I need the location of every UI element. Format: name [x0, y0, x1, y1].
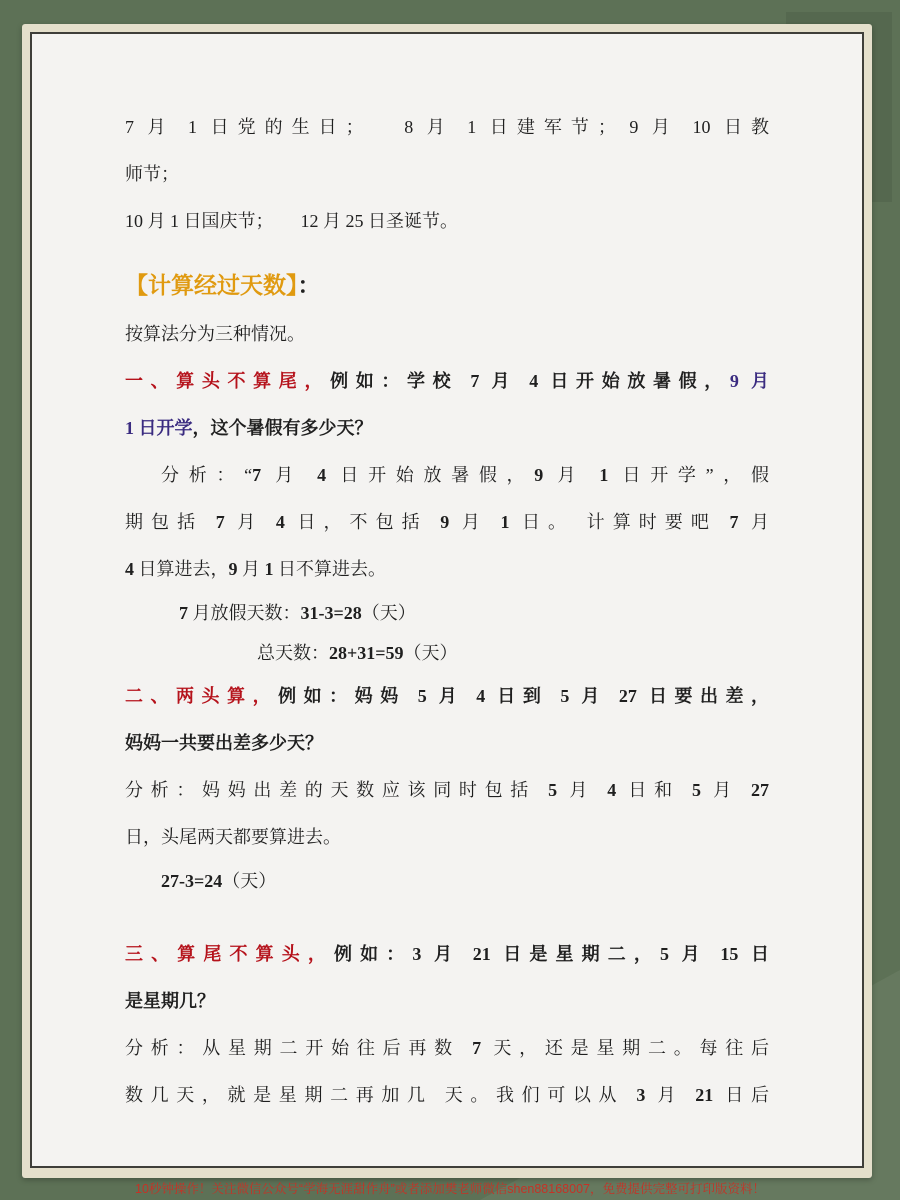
text-line: 师节； — [125, 151, 769, 198]
text-segment: 27 — [751, 780, 769, 800]
text-segment: 分析：妈妈出差的天数应该同时包括 — [125, 780, 548, 800]
text-segment: 天，还是星期二。每往后 — [481, 1038, 769, 1058]
text-line: 【计算经过天数】： — [125, 261, 769, 311]
text-line: 总天数：28+31=59（天） — [125, 633, 769, 673]
text-segment: 9 — [534, 465, 543, 485]
text-segment: 总天数： — [257, 643, 329, 663]
text-line: 三、算尾不算头，例如：3 月 21 日是星期二，5 月 15 日 — [125, 931, 769, 978]
text-segment: 9 — [229, 559, 238, 579]
text-segment: 31-3=28 — [301, 603, 362, 623]
text-segment: 例如：3 月 21 日是星期二，5 月 15 日 — [334, 944, 769, 964]
text-segment: 月放假天数： — [188, 603, 301, 623]
text-line: 分析：从星期二开始往后再数 7 天，还是星期二。每往后 — [125, 1025, 769, 1072]
text-segment: 1 — [265, 559, 274, 579]
text-segment: 5 — [548, 780, 557, 800]
text-segment: 日，不包括 — [285, 512, 440, 532]
text-segment: 月 — [238, 559, 265, 579]
text-segment: 9 — [440, 512, 449, 532]
text-segment: 1 — [599, 465, 608, 485]
text-segment: 师节； — [125, 164, 179, 184]
document-body: 7 月 1 日党的生日； 8 月 1 日建军节； 9 月 10 日教师节；10 … — [32, 34, 862, 1166]
text-segment: 月 — [543, 465, 599, 485]
text-segment: 3 — [636, 1085, 645, 1105]
text-segment: ： — [298, 273, 321, 298]
text-segment: 10 月 1 日国庆节； 12 月 25 日圣诞节。 — [125, 211, 458, 231]
green-background: { "banner": { "text": "10秒钟操作！关注微信公众号“学海… — [0, 0, 900, 1200]
text-segment: 7 — [252, 465, 261, 485]
text-segment: 分析：“ — [161, 465, 252, 485]
text-segment: 日。 计算时要吧 — [509, 512, 729, 532]
text-segment: 日算进去， — [134, 559, 229, 579]
text-line: 一、算头不算尾，例如：学校 7 月 4 日开始放暑假，9 月 — [125, 358, 769, 405]
text-segment: 期包括 — [125, 512, 216, 532]
text-segment: 【计算经过天数】 — [125, 273, 298, 298]
text-segment: 按算法分为三种情况。 — [125, 324, 305, 344]
text-line: 分析：“7 月 4 日开始放暑假，9 月 1 日开学”，假 — [125, 452, 769, 499]
text-line: 妈妈一共要出差多少天？ — [125, 720, 769, 767]
text-segment: 27-3=24 — [161, 871, 222, 891]
text-line: 1 日开学，这个暑假有多少天？ — [125, 405, 769, 452]
text-line: 4 日算进去，9 月 1 日不算进去。 — [125, 546, 769, 593]
text-segment: 7 — [179, 603, 188, 623]
text-segment: 数几天，就是星期二再加几 天。我们可以从 — [125, 1085, 636, 1105]
text-segment: 三、算尾不算头， — [125, 944, 334, 964]
text-segment: 5 — [692, 780, 701, 800]
text-segment: 日不算进去。 — [274, 559, 387, 579]
text-segment: 7 — [216, 512, 225, 532]
text-segment: 1 日开学 — [125, 418, 193, 438]
text-segment: 日，头尾两天都要算进去。 — [125, 827, 341, 847]
text-line: 10 月 1 日国庆节； 12 月 25 日圣诞节。 — [125, 198, 769, 245]
text-segment: 例如：学校 7 月 4 日开始放暑假， — [330, 371, 730, 391]
text-segment: 4 — [125, 559, 134, 579]
text-segment: ，这个暑假有多少天？ — [193, 418, 373, 438]
text-segment: 分析：从星期二开始往后再数 — [125, 1038, 472, 1058]
text-segment: 妈妈一共要出差多少天？ — [125, 733, 323, 753]
text-segment: 月 — [645, 1085, 695, 1105]
text-segment: 7 月 1 日党的生日； 8 月 1 日建军节； 9 月 10 日教 — [125, 117, 769, 137]
text-segment: 一、算头不算尾， — [125, 371, 330, 391]
text-segment: 月 — [738, 512, 769, 532]
text-segment: （天） — [404, 643, 458, 663]
text-segment: 28+31=59 — [329, 643, 404, 663]
text-line: 分析：妈妈出差的天数应该同时包括 5 月 4 日和 5 月 27 — [125, 767, 769, 814]
text-segment: （天） — [222, 871, 276, 891]
promo-banner-text: 10秒钟操作！关注微信公众号“学海无涯甜作舟”或者添加樊老师微信shen8816… — [0, 1180, 900, 1200]
text-segment: 月 — [557, 780, 607, 800]
text-line: 27-3=24（天） — [125, 861, 769, 901]
text-segment: 日后 — [713, 1085, 769, 1105]
text-segment: 4 — [317, 465, 326, 485]
text-line: 数几天，就是星期二再加几 天。我们可以从 3 月 21 日后 — [125, 1072, 769, 1119]
text-line: 是星期几？ — [125, 978, 769, 1025]
text-line: 按算法分为三种情况。 — [125, 311, 769, 358]
text-segment: 9 月 — [730, 371, 769, 391]
photo-frame: 7 月 1 日党的生日； 8 月 1 日建军节； 9 月 10 日教师节；10 … — [22, 24, 872, 1178]
text-segment: 例如：妈妈 5 月 4 日到 5 月 27 日要出差， — [278, 686, 769, 706]
text-segment: 月 — [225, 512, 276, 532]
text-line: 7 月放假天数：31-3=28（天） — [125, 593, 769, 633]
text-line: 7 月 1 日党的生日； 8 月 1 日建军节； 9 月 10 日教 — [125, 104, 769, 151]
document-page: 7 月 1 日党的生日； 8 月 1 日建军节； 9 月 10 日教师节；10 … — [30, 32, 864, 1168]
text-segment: 日开学”，假 — [608, 465, 769, 485]
text-segment: 7 — [472, 1038, 481, 1058]
text-segment: 月 — [261, 465, 317, 485]
text-line: 二、两头算，例如：妈妈 5 月 4 日到 5 月 27 日要出差， — [125, 673, 769, 720]
text-segment: 月 — [449, 512, 500, 532]
text-segment: 是星期几？ — [125, 991, 215, 1011]
text-segment: 月 — [701, 780, 751, 800]
text-line: 日，头尾两天都要算进去。 — [125, 814, 769, 861]
text-segment: 日和 — [616, 780, 692, 800]
text-line: 期包括 7 月 4 日，不包括 9 月 1 日。 计算时要吧 7 月 — [125, 499, 769, 546]
text-segment: 4 — [607, 780, 616, 800]
text-segment: 日开始放暑假， — [326, 465, 534, 485]
text-segment: 21 — [695, 1085, 713, 1105]
text-segment: 4 — [276, 512, 285, 532]
text-segment: 二、两头算， — [125, 686, 278, 706]
text-segment: （天） — [362, 603, 416, 623]
